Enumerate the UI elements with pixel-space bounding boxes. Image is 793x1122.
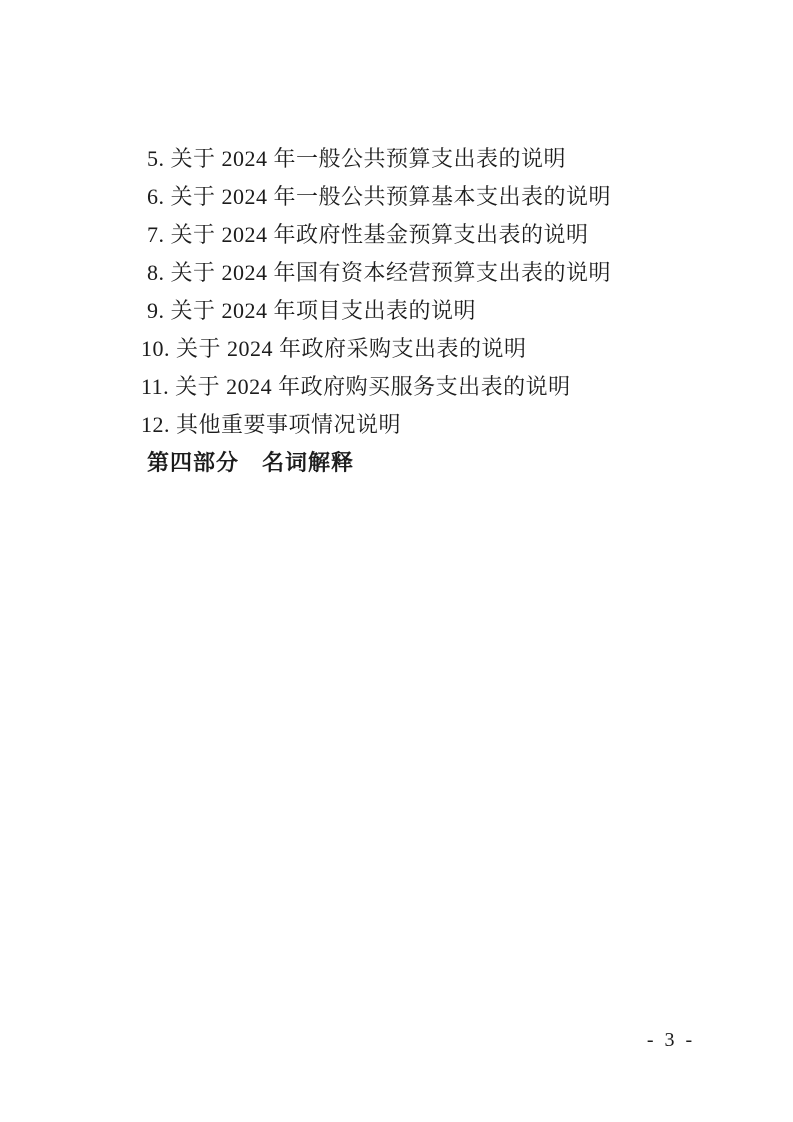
- document-page: 5. 关于 2024 年一般公共预算支出表的说明6. 关于 2024 年一般公共…: [0, 0, 793, 1122]
- page-number: - 3 -: [630, 1028, 712, 1052]
- section-heading: 第四部分 名词解释: [147, 444, 727, 482]
- toc-item: 12. 其他重要事项情况说明: [141, 406, 727, 444]
- toc-item: 11. 关于 2024 年政府购买服务支出表的说明: [141, 368, 727, 406]
- toc-item: 10. 关于 2024 年政府采购支出表的说明: [141, 330, 727, 368]
- toc-item: 5. 关于 2024 年一般公共预算支出表的说明: [147, 140, 727, 178]
- toc-item: 8. 关于 2024 年国有资本经营预算支出表的说明: [147, 254, 727, 292]
- toc-item: 9. 关于 2024 年项目支出表的说明: [147, 292, 727, 330]
- table-of-contents: 5. 关于 2024 年一般公共预算支出表的说明6. 关于 2024 年一般公共…: [147, 140, 727, 482]
- toc-item: 7. 关于 2024 年政府性基金预算支出表的说明: [147, 216, 727, 254]
- toc-item: 6. 关于 2024 年一般公共预算基本支出表的说明: [147, 178, 727, 216]
